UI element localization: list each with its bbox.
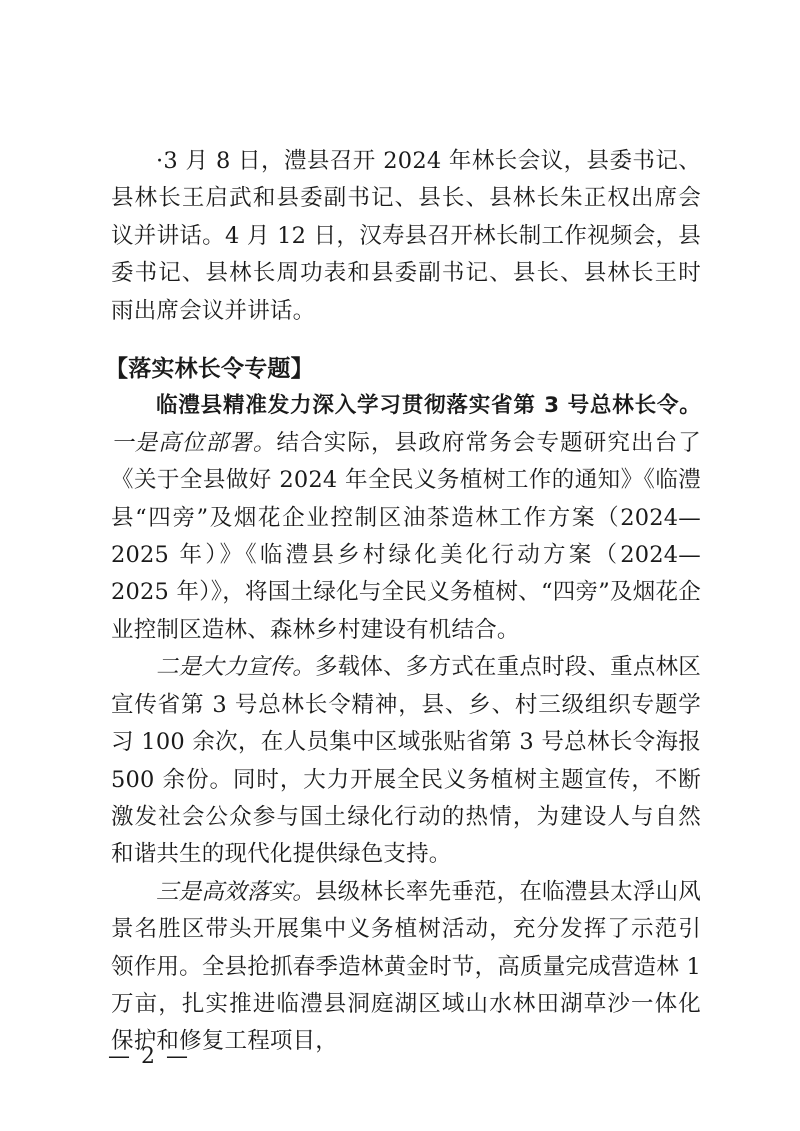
point2-paragraph: 二是大力宣传。多载体、多方式在重点时段、重点林区宣传省第 3 号总林长令精神，县…	[111, 649, 701, 873]
section-heading: 【落实林长令专题】	[105, 350, 701, 387]
point3-paragraph: 三是高效落实。县级林长率先垂范，在临澧县太浮山风景名胜区带头开展集中义务植树活动…	[111, 874, 701, 1061]
point2-text: 多载体、多方式在重点时段、重点林区宣传省第 3 号总林长令精神，县、乡、村三级组…	[111, 654, 701, 867]
document-page: ·3 月 8 日，澧县召开 2024 年林长会议，县委书记、县林长王启武和县委副…	[0, 0, 800, 1131]
point3-label: 三是高效落实。	[156, 879, 315, 905]
page-number: — 2 —	[108, 1044, 190, 1069]
point1-text: 结合实际，县政府常务会专题研究出台了《关于全县做好 2024 年全民义务植树工作…	[111, 430, 701, 643]
point3-text: 县级林长率先垂范，在临澧县太浮山风景名胜区带头开展集中义务植树活动，充分发挥了示…	[111, 879, 701, 1055]
meeting-paragraph: ·3 月 8 日，澧县召开 2024 年林长会议，县委书记、县林长王启武和县委副…	[111, 143, 701, 330]
document-body: ·3 月 8 日，澧县召开 2024 年林长会议，县委书记、县林长王启武和县委副…	[111, 143, 701, 1061]
point1-label: 一是高位部署。	[111, 430, 276, 456]
point2-label: 二是大力宣传。	[156, 654, 315, 680]
intro-paragraph: 临澧县精准发力深入学习贯彻落实省第 3 号总林长令。一是高位部署。结合实际，县政…	[111, 387, 701, 649]
intro-lead-sentence: 临澧县精准发力深入学习贯彻落实省第 3 号总林长令。	[156, 393, 701, 418]
